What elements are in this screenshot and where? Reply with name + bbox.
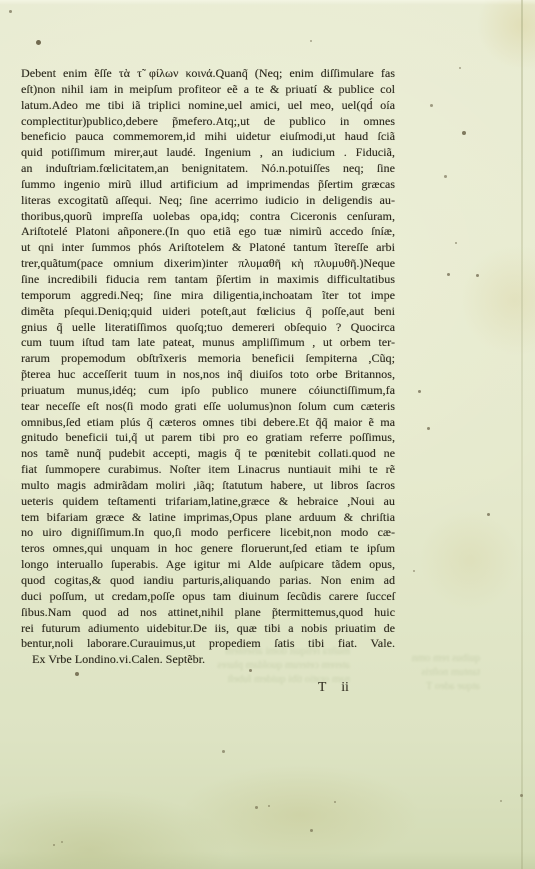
text-line: ſummo ingenio mirũ illud artificium ad i… [21, 177, 395, 193]
foxing-speck [430, 104, 433, 107]
foxing-speck [36, 40, 41, 45]
book-page: muſtra reliquit domi aſsentematerem cete… [0, 0, 535, 869]
foxing-speck [413, 570, 415, 572]
text-line: dimẽta pſequi.Deniq;quid uideri poteſt,a… [21, 304, 395, 320]
foxing-speck [222, 750, 225, 753]
text-line: rarum propemodum obſtrĩxeris memoria ben… [21, 351, 395, 367]
text-line: rei futurum adiumento uidebitur.De iis, … [21, 621, 395, 637]
foxing-speck [476, 274, 479, 277]
text-line: tem bifariam græce & latine imprimas,Opu… [21, 510, 395, 526]
text-line: ut qni inter ſummos phós Ariſtotelem & P… [21, 240, 395, 256]
foxing-speck [427, 427, 430, 430]
text-line: ueteris quidem teſtamenti trifariam,lati… [21, 494, 395, 510]
text-line: latum.Adeo me tibi iã triplici nomine,ue… [21, 98, 395, 114]
text-line: ſine incredibili fiducia rem tantam p̃ſe… [21, 272, 395, 288]
foxing-speck [520, 794, 523, 797]
foxing-speck [249, 669, 252, 672]
text-line: quid potiſſimum mirer,aut laudé. Ingeniu… [21, 145, 395, 161]
foxing-speck [444, 175, 447, 178]
text-line: multo magis admirãdam moliri ,iãq; ſtatu… [21, 478, 395, 494]
text-line: ſibus.Nam quod ad nos attinet,nihil plan… [21, 605, 395, 621]
showthrough-line: tantum noſtris [330, 666, 480, 680]
text-line: cum tuum iſtud tam late pateat, munus am… [21, 335, 395, 351]
text-line: priuatum munus,idéq; cum ipſo publico mu… [21, 383, 395, 399]
text-line: an induſtriam.fœlicitatem,an benignitate… [21, 161, 395, 177]
text-line: trer,quãtum(pace omnium dixerim)inter πλ… [21, 256, 395, 272]
foxing-speck [310, 829, 313, 832]
text-line: eſt)non nihil iam in meipſum profiteor e… [21, 82, 395, 98]
text-line: beneficio pauca commemorem,id mihi uidet… [21, 129, 395, 145]
foxing-speck [487, 513, 490, 516]
paper-crease-line [521, 0, 523, 869]
text-line: temporum aggredi.Neq; ſine mira diligent… [21, 288, 395, 304]
text-line: teros omnes,qui unquam in hoc genere flo… [21, 541, 395, 557]
text-line: complectitur)publico,debere p̃mefero.Atq… [21, 114, 395, 130]
text-line: longo interuallo ſuperabis. Age igitur m… [21, 557, 395, 573]
letter-body: Debent enim ẽſſe τὰ τ̃ φίλων κοινά.Quanq… [21, 66, 395, 652]
text-line: bentur,noli laborare.Curauimus,ut proped… [21, 636, 395, 652]
letter-dateline: Ex Vrbe Londino.vi.Calen. Septẽbr. [21, 652, 395, 668]
text-line: fiat ſummopere curabimus. Noſter item Li… [21, 462, 395, 478]
foxing-speck [9, 10, 12, 13]
foxing-speck [75, 672, 79, 676]
text-line: p̃terea huc acceſſerit tuum in nos,nos i… [21, 367, 395, 383]
showthrough-line: atque adeo T [330, 680, 480, 694]
foxing-speck [255, 806, 258, 809]
foxing-speck [500, 800, 502, 802]
foxing-speck [455, 242, 457, 244]
text-line: gnitudo beneficii tui,q̃ ut parem tibi p… [21, 430, 395, 446]
quire-signature: T ii [318, 679, 349, 695]
text-line: duci poſſum, ut credam,poſſe opus tam di… [21, 589, 395, 605]
foxing-speck [447, 273, 450, 276]
text-line: omnibus,ſed etiam plús q̃ cæteros omnes … [21, 415, 395, 431]
foxing-speck [268, 805, 270, 807]
foxing-speck [334, 801, 336, 803]
foxing-speck [418, 390, 421, 393]
text-line: gnius q̃ uelle literatiſſimos quoſq;tuo … [21, 320, 395, 336]
page-top-edge-shading [0, 0, 535, 5]
text-line: thoribus,quorũ impreſſa uolebas opa,idq;… [21, 209, 395, 225]
signature-number: ii [341, 679, 349, 695]
signature-letter: T [318, 679, 326, 695]
text-line: nos tamẽ nunq̃ pudebit accepti, magis q̃… [21, 446, 395, 462]
foxing-speck [310, 40, 312, 42]
text-line: no uiro digniſſimum.In quo,ſi modo perfi… [21, 525, 395, 541]
text-line: tear neceſſe eſt nos(ſi modo grati eſſe … [21, 399, 395, 415]
foxing-speck [61, 841, 63, 843]
foxing-speck [459, 67, 461, 69]
text-line: Debent enim ẽſſe τὰ τ̃ φίλων κοινά.Quanq… [21, 66, 395, 82]
text-line: literas excogitatũ aſſequi. Neq; ſine ac… [21, 193, 395, 209]
foxing-speck [462, 131, 466, 135]
text-line: Ariſtotelé Platoni añponere.(In quo etiã… [21, 224, 395, 240]
foxing-speck [53, 844, 55, 846]
text-line: quod cogitas,& quod iandiu parturis,aliq… [21, 573, 395, 589]
letter-text-block: Debent enim ẽſſe τὰ τ̃ φίλων κοινά.Quanq… [21, 66, 395, 668]
